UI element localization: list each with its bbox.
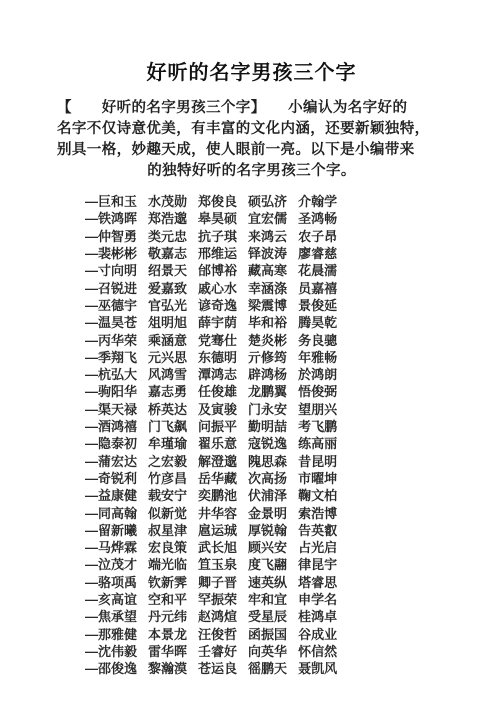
name-row: —杭弘大风鸿雪潭鸿志辟鸿杨於鸿朗 [85, 365, 446, 382]
name-row: —隐泰初牟瑾瑜翟乐意寇锐逸练高丽 [85, 434, 446, 451]
name-row: —邵俊逸黎瀚漠苍运良徭鹏天聂凯风 [85, 659, 446, 676]
intro-line: 【 好听的名字男孩三个字】 小编认为名字好的 [57, 98, 446, 119]
name-entry: —巫德宇 [85, 295, 137, 314]
name-row: —骆项禹钦新霁卿子晋速英纵塔睿思 [85, 573, 446, 590]
name-entry: —沈伟毅 [85, 641, 137, 660]
name-entry: 党骞仕 [198, 330, 237, 349]
name-entry: —焦承望 [85, 606, 137, 625]
name-entry: 毕和裕 [248, 312, 287, 331]
name-entry: —裴彬彬 [85, 243, 137, 262]
name-entry: 壬睿好 [198, 641, 237, 660]
name-row: —蒲宏达之宏毅解澄邈隗思森昔昆明 [85, 451, 446, 468]
name-entry: 圣鸿畅 [298, 208, 337, 227]
name-row: —同高翰似新觉井华容金景明索浩博 [85, 503, 446, 520]
name-entry: 牟瑾瑜 [148, 433, 187, 452]
name-entry: 桂鸿卓 [298, 606, 337, 625]
name-row: —泣茂才端光临笪玉泉度飞翮律昆宇 [85, 555, 446, 572]
name-entry: 戚心水 [198, 278, 237, 297]
name-entry: —蒲宏达 [85, 451, 137, 470]
page-title: 好听的名字男孩三个字 [57, 56, 446, 85]
name-entry: 井华容 [198, 503, 237, 522]
name-entry: —泣茂才 [85, 554, 137, 573]
name-entry: 寇锐逸 [248, 433, 287, 452]
name-entry: 楚炎彬 [248, 330, 287, 349]
name-entry: 申学名 [298, 589, 337, 608]
name-entry: 载安宁 [148, 485, 187, 504]
name-entry: 水茂勋 [148, 191, 187, 210]
name-entry: —奇锐利 [85, 468, 137, 487]
name-entry: 武长旭 [198, 537, 237, 556]
name-entry: —温昊苍 [85, 312, 137, 331]
name-entry: 辟鸿杨 [248, 364, 287, 383]
name-entry: 来鸿云 [248, 226, 287, 245]
name-entry: 似新觉 [148, 503, 187, 522]
name-entry: 务良骢 [298, 330, 337, 349]
name-entry: 悟俊弼 [298, 381, 337, 400]
name-entry: 鞠文柏 [298, 485, 337, 504]
name-row: —驹阳华嘉志勇任俊雄龙鹏翼悟俊弼 [85, 382, 446, 399]
name-entry: 市曜坤 [298, 468, 337, 487]
name-entry: —季翔飞 [85, 347, 137, 366]
name-list: —巨和玉水茂勋郑俊良硕弘济介翰学—铁鸿晖郑浩邈皋昊硕宜宏儒圣鸿畅—仲智勇类元忠抗… [85, 192, 446, 676]
name-entry: 次高扬 [248, 468, 287, 487]
name-entry: 俎明旭 [148, 312, 187, 331]
name-row: —仲智勇类元忠抗子琪来鸿云农子昂 [85, 227, 446, 244]
name-entry: 及寅骏 [198, 399, 237, 418]
name-entry: 抗子琪 [198, 226, 237, 245]
name-entry: 郑俊良 [198, 191, 237, 210]
name-row: —奇锐利竹彦昌岳华藏次高扬市曜坤 [85, 469, 446, 486]
name-entry: 门永安 [248, 399, 287, 418]
name-entry: 聂凯风 [298, 658, 337, 677]
name-row: —铁鸿晖郑浩邈皋昊硕宜宏儒圣鸿畅 [85, 209, 446, 226]
name-entry: 腾昊乾 [298, 312, 337, 331]
name-entry: 扈运珹 [198, 520, 237, 539]
name-entry: —酒鸿禧 [85, 416, 137, 435]
name-entry: 宏良策 [148, 537, 187, 556]
name-entry: 叔星津 [148, 520, 187, 539]
name-entry: 景俊延 [298, 295, 337, 314]
name-entry: —巨和玉 [85, 191, 137, 210]
name-row: —焦承望丹元纬赵鸿煊受星辰桂鸿卓 [85, 607, 446, 624]
article-page: 好听的名字男孩三个字 【 好听的名字男孩三个字】 小编认为名字好的名字不仅诗意优… [0, 0, 500, 707]
name-entry: 嘉志勇 [148, 381, 187, 400]
name-entry: 郑浩邈 [148, 208, 187, 227]
name-entry: 官弘光 [148, 295, 187, 314]
name-entry: 雷华晖 [148, 641, 187, 660]
name-row: —巨和玉水茂勋郑俊良硕弘济介翰学 [85, 192, 446, 209]
name-entry: —仲智勇 [85, 226, 137, 245]
intro-paragraph: 【 好听的名字男孩三个字】 小编认为名字好的名字不仅诗意优美，有丰富的文化内涵，… [57, 98, 446, 182]
name-entry: 隗思森 [248, 451, 287, 470]
name-entry: 函振国 [248, 624, 287, 643]
name-entry: 风鸿雪 [148, 364, 187, 383]
name-row: —益康健载安宁奕鹏池伏浦泽鞠文柏 [85, 486, 446, 503]
name-entry: 之宏毅 [148, 451, 187, 470]
name-entry: 员嘉禧 [298, 278, 337, 297]
name-entry: 竹彦昌 [148, 468, 187, 487]
name-entry: 昔昆明 [298, 451, 337, 470]
name-entry: 空和平 [148, 589, 187, 608]
name-entry: 藏高寒 [248, 260, 287, 279]
name-entry: —渠天禄 [85, 399, 137, 418]
name-entry: 桥英达 [148, 399, 187, 418]
name-entry: 牢和宜 [248, 589, 287, 608]
name-entry: 伏浦泽 [248, 485, 287, 504]
name-entry: 丹元纬 [148, 606, 187, 625]
name-entry: 告英叡 [298, 520, 337, 539]
name-entry: 塔睿思 [298, 572, 337, 591]
name-entry: —杭弘大 [85, 364, 137, 383]
intro-line: 的独特好听的名字男孩三个字。 [57, 161, 446, 182]
name-entry: 谷成业 [298, 624, 337, 643]
name-entry: 年雅畅 [298, 347, 337, 366]
name-entry: 赵鸿煊 [198, 606, 237, 625]
name-entry: 铎波涛 [248, 243, 287, 262]
name-entry: 硕弘济 [248, 191, 287, 210]
name-row: —召锐进爱嘉致戚心水幸涵涤员嘉禧 [85, 278, 446, 295]
name-entry: —铁鸿晖 [85, 208, 137, 227]
name-entry: 花晨濡 [298, 260, 337, 279]
name-row: —留新曦叔星津扈运珹厚锐翰告英叡 [85, 521, 446, 538]
name-row: —寸向明绍景天邰博裕藏高寒花晨濡 [85, 261, 446, 278]
name-entry: 亓修筠 [248, 347, 287, 366]
name-entry: 金景明 [248, 503, 287, 522]
name-entry: 端光临 [148, 554, 187, 573]
name-entry: 幸涵涤 [248, 278, 287, 297]
name-entry: —丙华荣 [85, 330, 137, 349]
name-entry: 爱嘉致 [148, 278, 187, 297]
name-entry: —骆项禹 [85, 572, 137, 591]
name-entry: 门飞飙 [148, 416, 187, 435]
name-entry: 黎瀚漠 [148, 658, 187, 677]
name-row: —亥高谊空和平罕振荣牢和宜申学名 [85, 590, 446, 607]
name-row: —马烨霖宏良策武长旭顾兴安占光启 [85, 538, 446, 555]
name-entry: 练高丽 [298, 433, 337, 452]
name-entry: 元兴思 [148, 347, 187, 366]
name-entry: 望朋兴 [298, 399, 337, 418]
name-entry: 潭鸿志 [198, 364, 237, 383]
name-row: —温昊苍俎明旭薛宇荫毕和裕腾昊乾 [85, 313, 446, 330]
name-entry: 本景龙 [148, 624, 187, 643]
name-entry: 梁震博 [248, 295, 287, 314]
intro-line: 别具一格，妙趣天成，使人眼前一亮。以下是小编带来 [57, 140, 446, 161]
name-entry: 龙鹏翼 [248, 381, 287, 400]
name-entry: 汪俊哲 [198, 624, 237, 643]
name-entry: 农子昂 [298, 226, 337, 245]
name-entry: —留新曦 [85, 520, 137, 539]
name-entry: 卿子晋 [198, 572, 237, 591]
intro-line: 名字不仅诗意优美，有丰富的文化内涵，还要新颖独特， [57, 119, 446, 140]
name-row: —沈伟毅雷华晖壬睿好向英华怀信然 [85, 642, 446, 659]
name-row: —裴彬彬敬嘉志邢维运铎波涛廖睿慈 [85, 244, 446, 261]
name-entry: 勤明喆 [248, 416, 287, 435]
name-entry: —邵俊逸 [85, 658, 137, 677]
name-entry: 律昆宇 [298, 554, 337, 573]
name-entry: 徭鹏天 [248, 658, 287, 677]
name-entry: 苍运良 [198, 658, 237, 677]
name-entry: 罕振荣 [198, 589, 237, 608]
name-entry: 奕鹏池 [198, 485, 237, 504]
name-entry: 皋昊硕 [198, 208, 237, 227]
name-entry: 乘涵意 [148, 330, 187, 349]
name-entry: —寸向明 [85, 260, 137, 279]
name-entry: —亥高谊 [85, 589, 137, 608]
name-entry: 翟乐意 [198, 433, 237, 452]
name-entry: 敬嘉志 [148, 243, 187, 262]
name-row: —那雅健本景龙汪俊哲函振国谷成业 [85, 624, 446, 641]
name-entry: 钦新霁 [148, 572, 187, 591]
name-entry: —召锐进 [85, 278, 137, 297]
name-entry: 笪玉泉 [198, 554, 237, 573]
name-entry: 解澄邈 [198, 451, 237, 470]
name-entry: 怀信然 [298, 641, 337, 660]
name-entry: 问振平 [198, 416, 237, 435]
name-entry: 考飞鹏 [298, 416, 337, 435]
name-entry: —马烨霖 [85, 537, 137, 556]
name-entry: 受星辰 [248, 606, 287, 625]
name-entry: 於鸿朗 [298, 364, 337, 383]
name-row: —酒鸿禧门飞飙问振平勤明喆考飞鹏 [85, 417, 446, 434]
name-entry: —隐泰初 [85, 433, 137, 452]
name-row: —丙华荣乘涵意党骞仕楚炎彬务良骢 [85, 330, 446, 347]
name-entry: 宜宏儒 [248, 208, 287, 227]
name-row: —巫德宇官弘光谚奇逸梁震博景俊延 [85, 296, 446, 313]
name-entry: —同高翰 [85, 503, 137, 522]
name-entry: 度飞翮 [248, 554, 287, 573]
name-entry: 薛宇荫 [198, 312, 237, 331]
name-entry: 谚奇逸 [198, 295, 237, 314]
name-entry: 岳华藏 [198, 468, 237, 487]
name-entry: 索浩博 [298, 503, 337, 522]
name-row: —渠天禄桥英达及寅骏门永安望朋兴 [85, 400, 446, 417]
name-entry: 顾兴安 [248, 537, 287, 556]
name-entry: 廖睿慈 [298, 243, 337, 262]
name-entry: 类元忠 [148, 226, 187, 245]
name-entry: 任俊雄 [198, 381, 237, 400]
name-entry: —驹阳华 [85, 381, 137, 400]
name-entry: 东德明 [198, 347, 237, 366]
name-entry: 介翰学 [298, 191, 337, 210]
name-entry: —那雅健 [85, 624, 137, 643]
name-entry: 速英纵 [248, 572, 287, 591]
name-entry: 邢维运 [198, 243, 237, 262]
name-row: —季翔飞元兴思东德明亓修筠年雅畅 [85, 348, 446, 365]
name-entry: 厚锐翰 [248, 520, 287, 539]
name-entry: 向英华 [248, 641, 287, 660]
name-entry: 绍景天 [148, 260, 187, 279]
name-entry: 邰博裕 [198, 260, 237, 279]
name-entry: —益康健 [85, 485, 137, 504]
name-entry: 占光启 [298, 537, 337, 556]
